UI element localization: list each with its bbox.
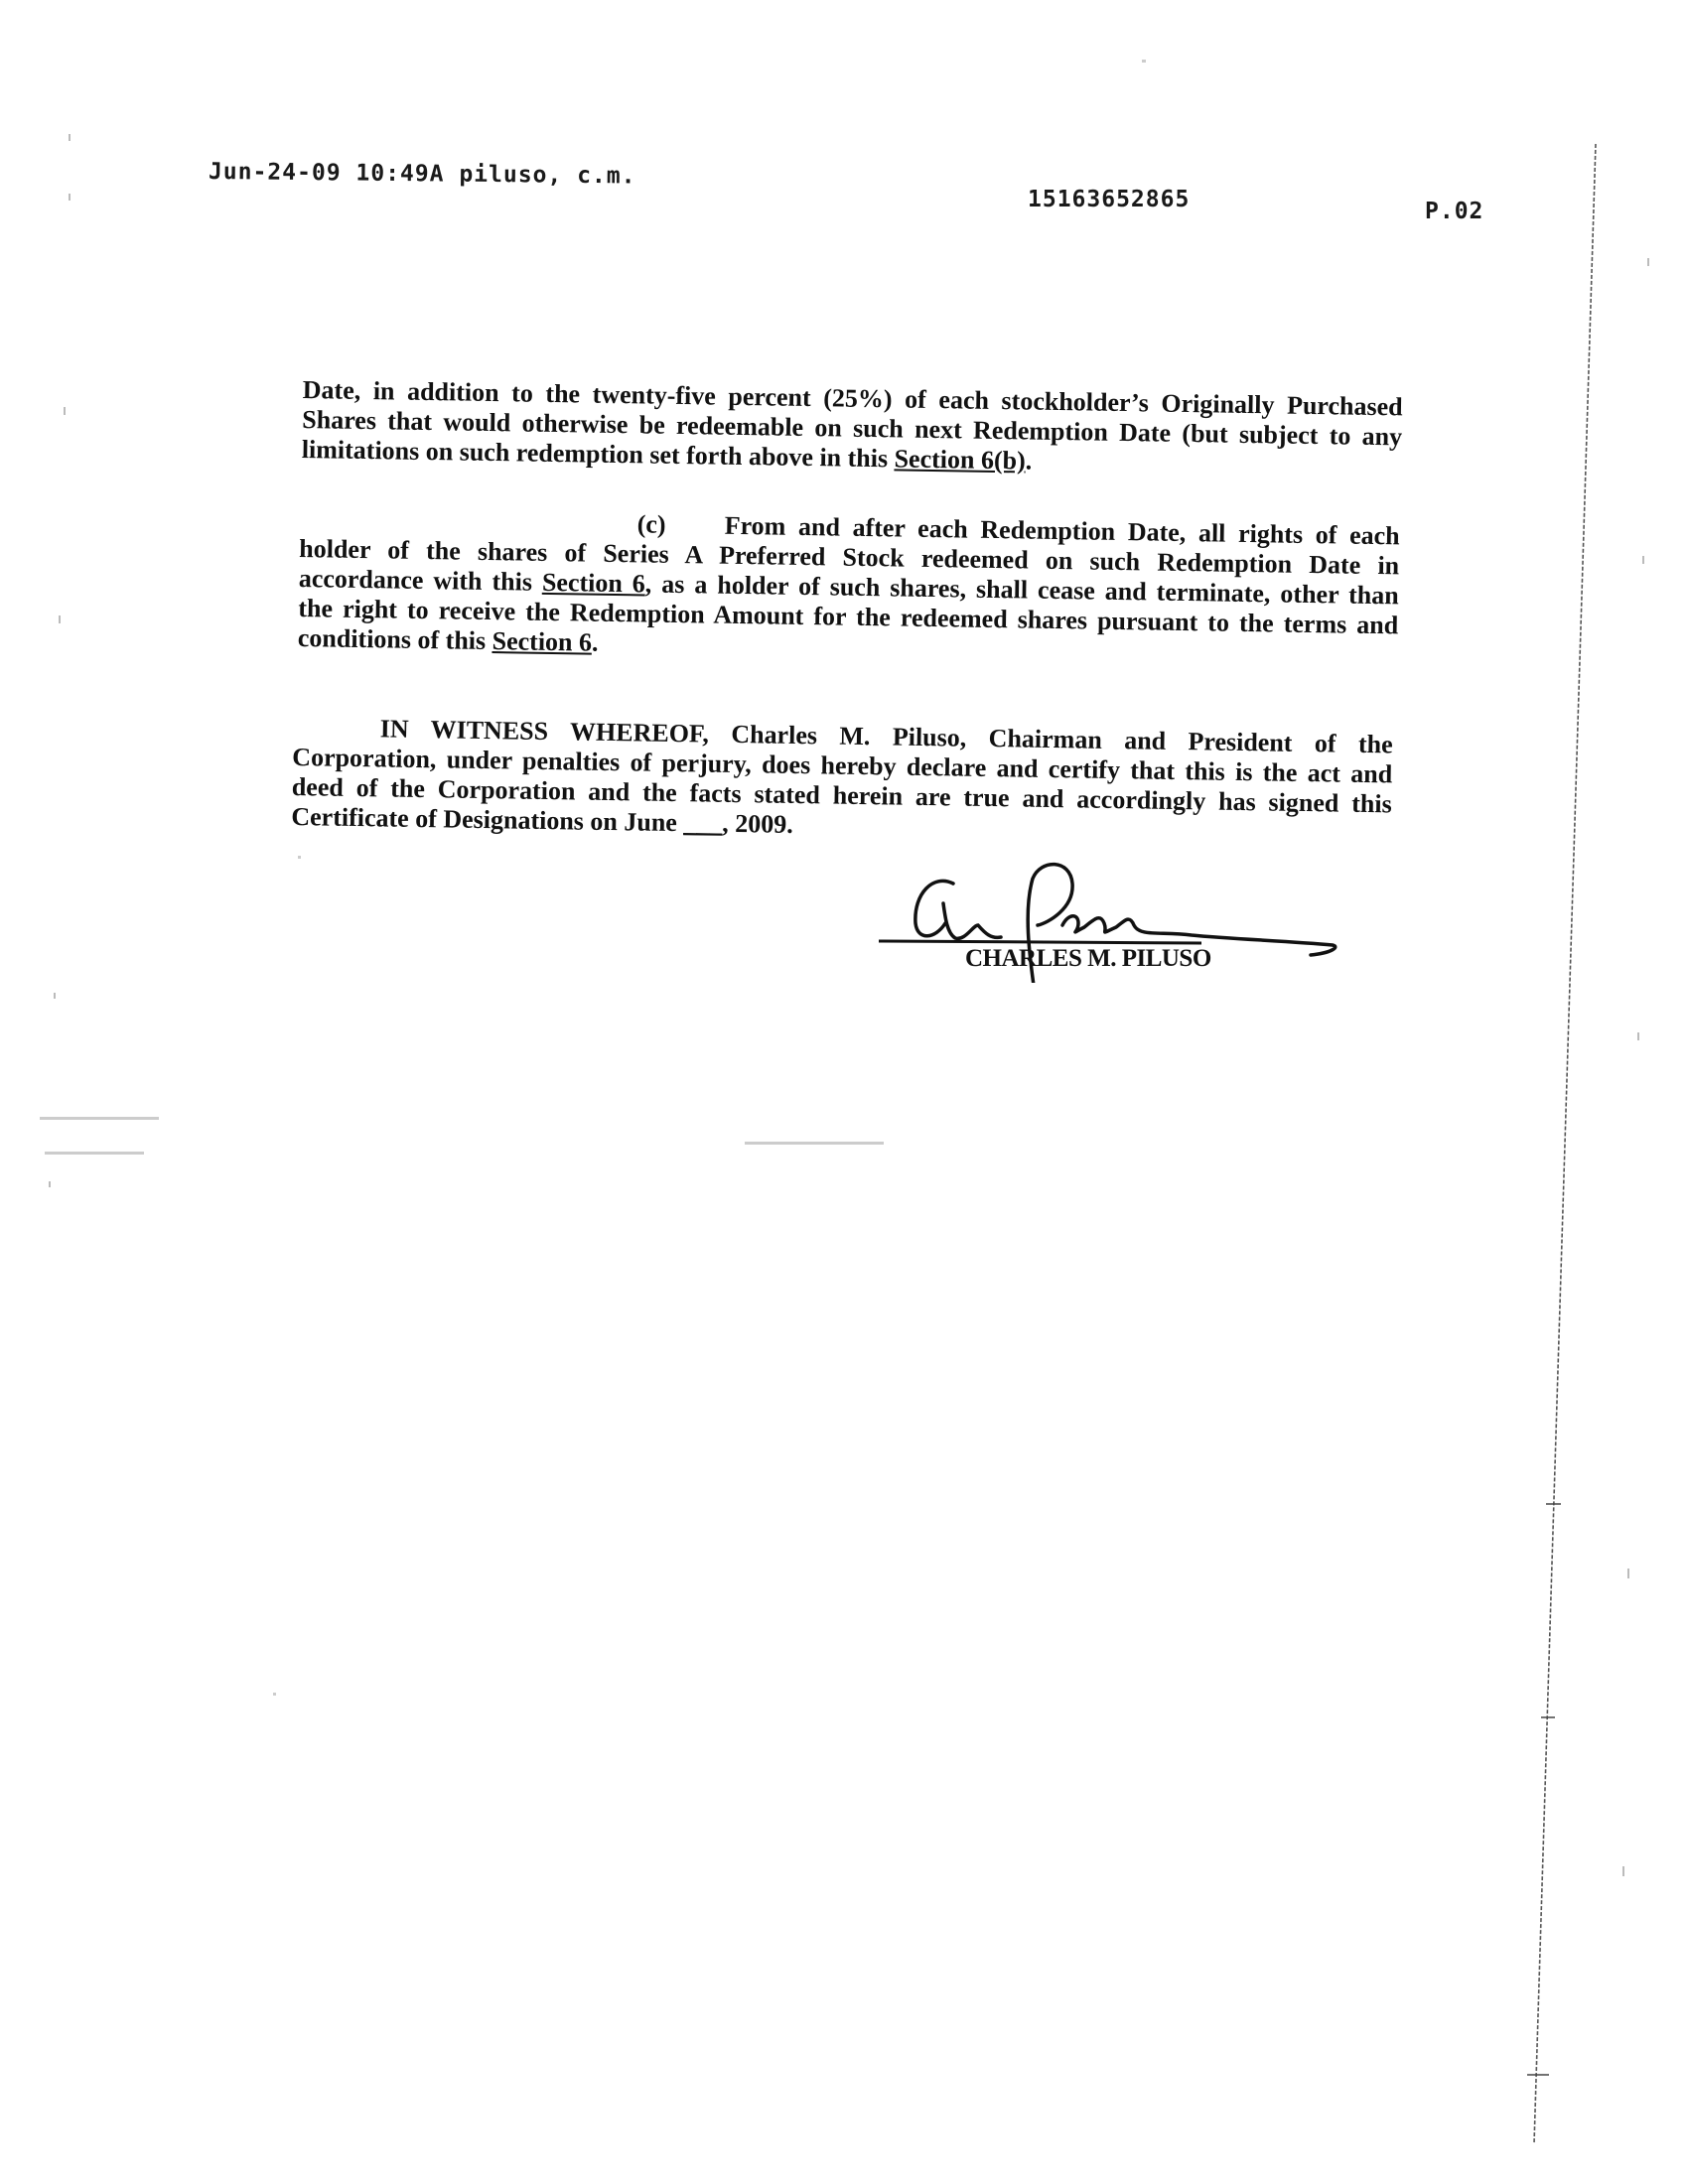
date-blank: ___ — [683, 808, 722, 838]
signature-block: CHARLES M. PILUSO — [874, 854, 1390, 983]
paragraph-c: (c)From and after each Redemption Date, … — [298, 504, 1400, 670]
section-reference: Section 6 — [542, 568, 645, 599]
fax-phone-number: 15163652865 — [1028, 187, 1190, 212]
scan-edge-artifacts — [0, 0, 1688, 2184]
witness-paragraph: IN WITNESS WHEREOF, Charles M. Piluso, C… — [291, 713, 1393, 849]
fax-datetime-sender: Jun-24-09 10:49A piluso, c.m. — [209, 159, 636, 190]
fax-header: Jun-24-09 10:49A piluso, c.m. 1516365286… — [209, 159, 1499, 208]
section-reference: Section 6 — [492, 626, 592, 657]
section-reference: Section 6(b) — [894, 444, 1026, 475]
clause-label: (c) — [636, 509, 724, 540]
paragraph-continuation: Date, in addition to the twenty-five per… — [302, 375, 1403, 481]
signatory-name: CHARLES M. PILUSO — [965, 945, 1211, 973]
fax-page-number: P.02 — [1425, 199, 1483, 224]
